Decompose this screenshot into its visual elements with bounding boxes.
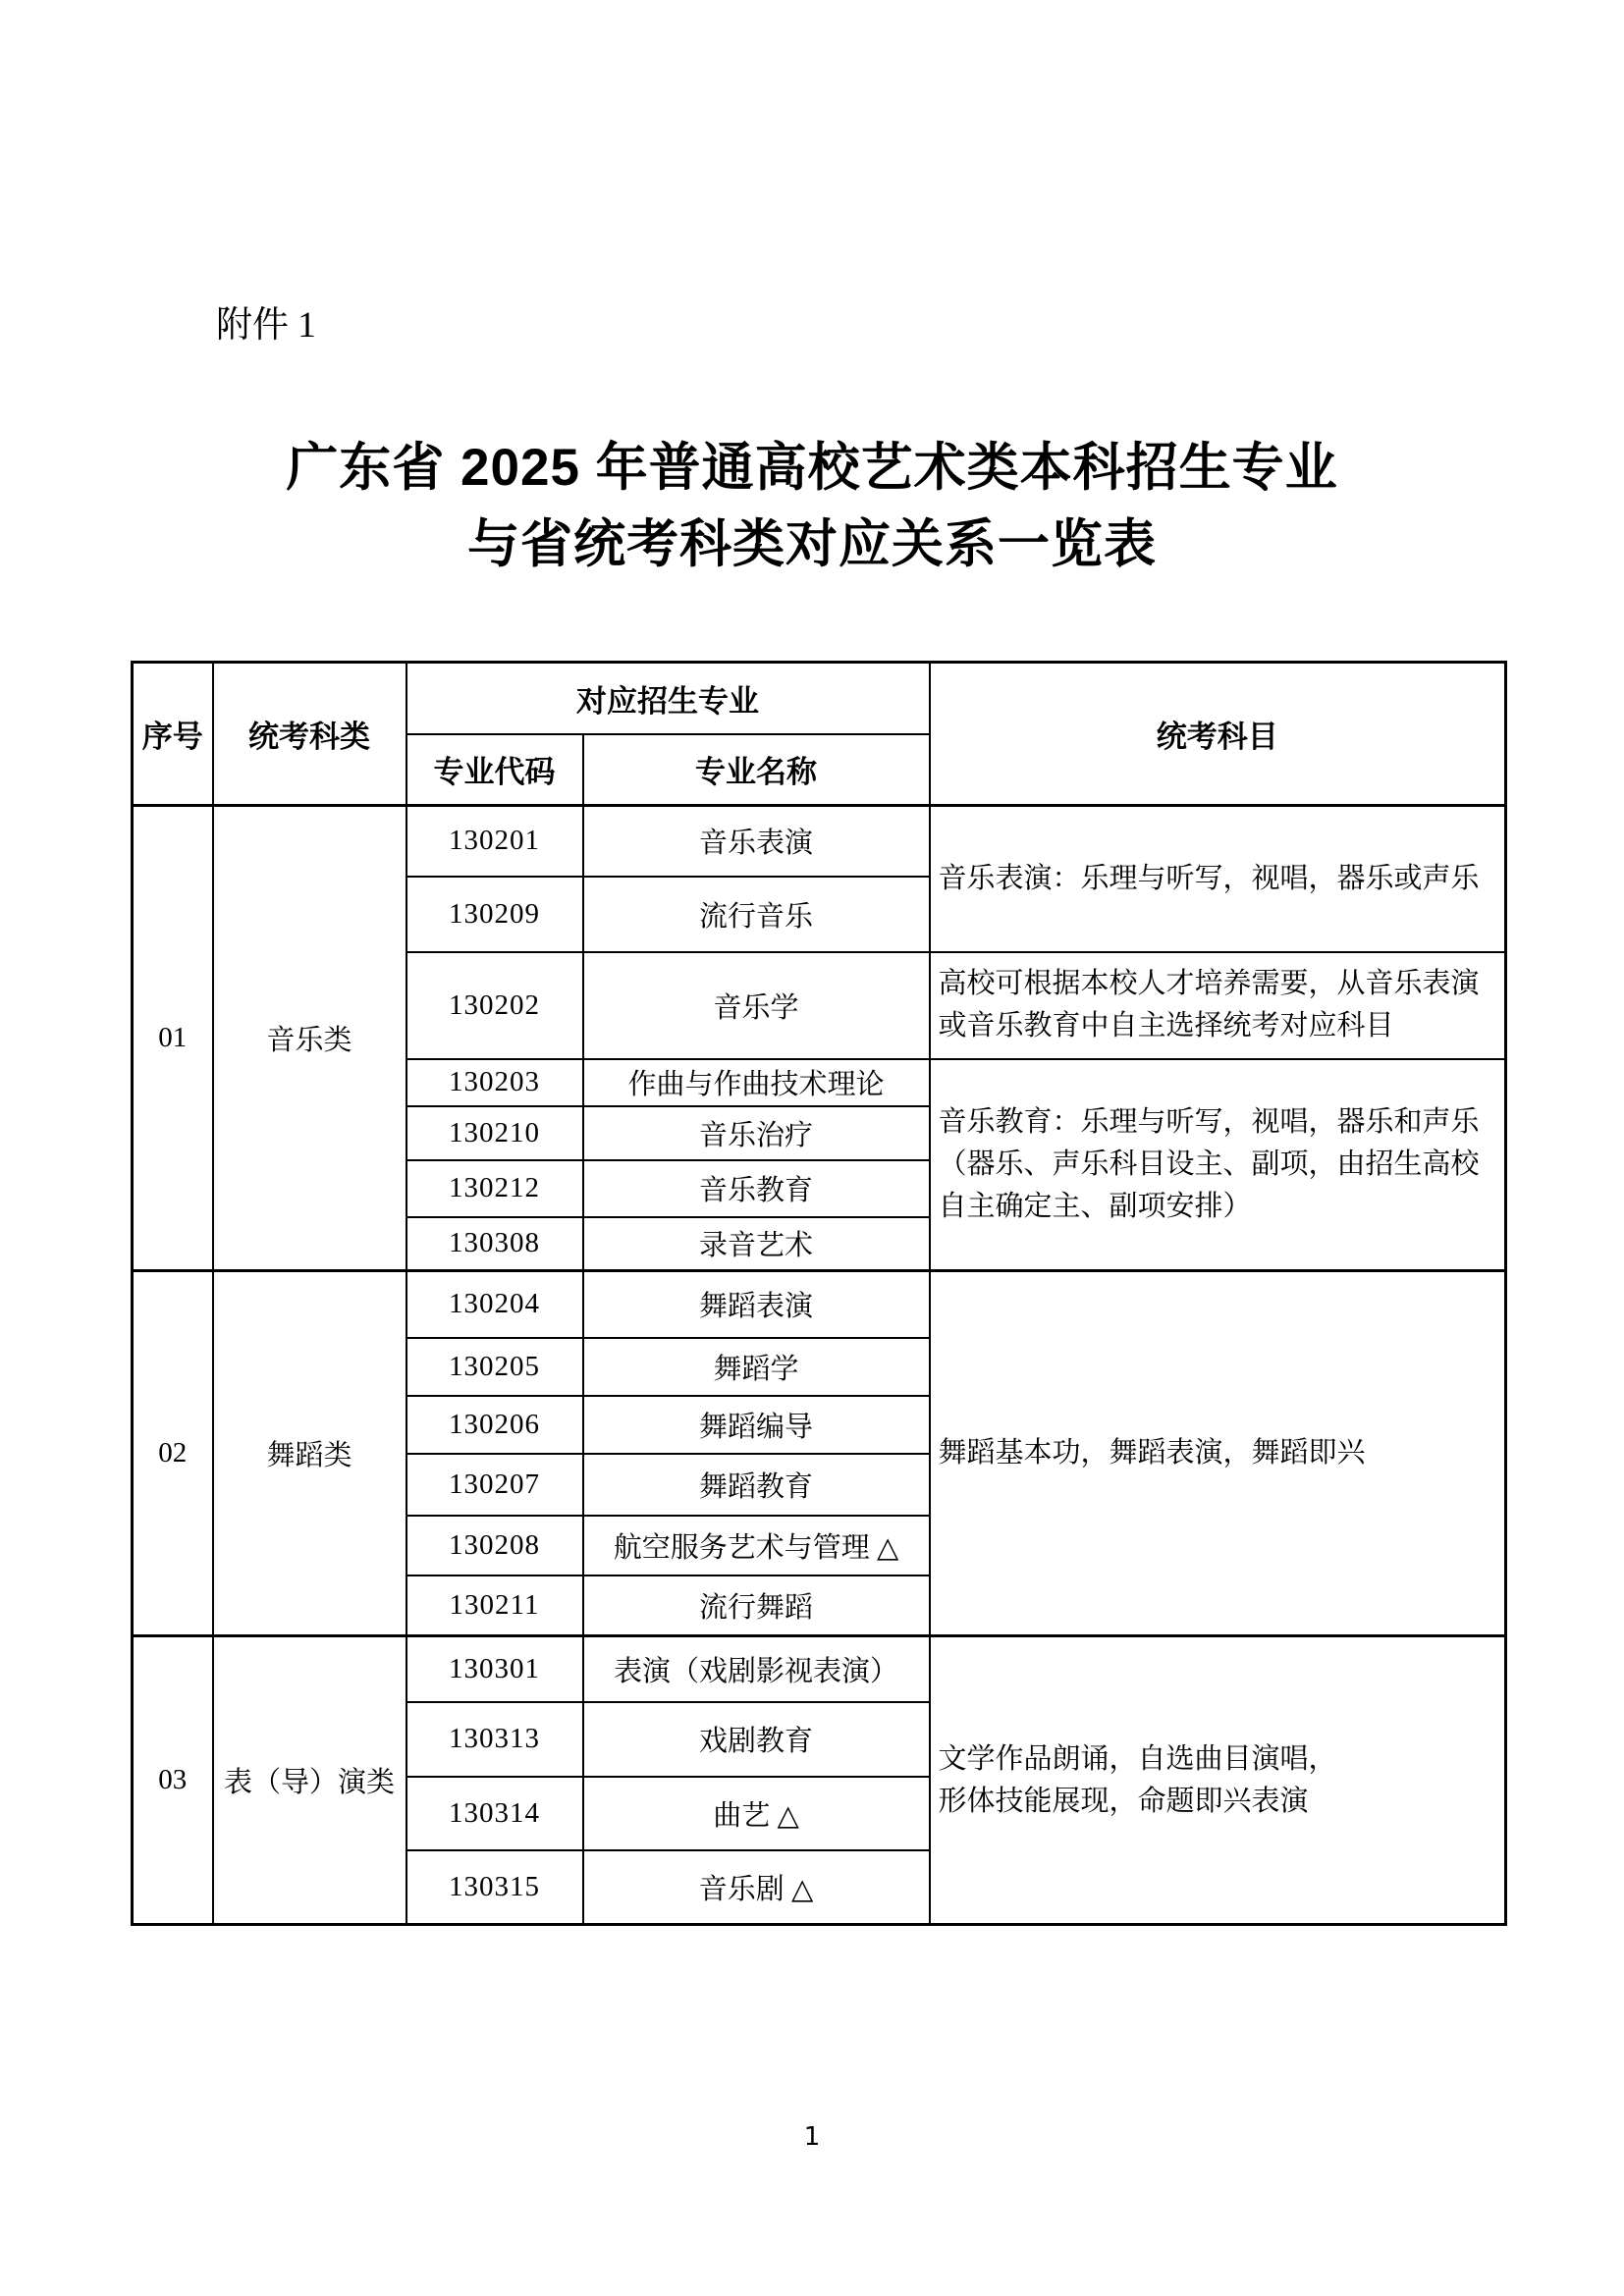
document-page: 附件 1 广东省 2025 年普通高校艺术类本科招生专业 与省统考科类对应关系一… [0, 0, 1624, 2296]
major-code-cell: 130209 [406, 877, 583, 952]
major-code-cell: 130313 [406, 1702, 583, 1777]
major-code-cell: 130212 [406, 1160, 583, 1217]
major-name-cell: 曲艺 △ [583, 1777, 930, 1850]
majors-table: 序号 统考科类 对应招生专业 统考科目 专业代码 专业名称 01 音乐类 130… [131, 661, 1507, 1926]
major-name-cell: 舞蹈编导 [583, 1396, 930, 1454]
header-major-name: 专业名称 [583, 734, 930, 806]
major-name-cell: 音乐剧 △ [583, 1850, 930, 1925]
category-cell: 音乐类 [213, 806, 406, 1271]
seq-cell: 02 [133, 1271, 213, 1636]
title-line-2: 与省统考科类对应关系一览表 [0, 507, 1624, 583]
major-code-cell: 130201 [406, 806, 583, 877]
major-name-cell: 表演（戏剧影视表演） [583, 1636, 930, 1702]
header-major-code: 专业代码 [406, 734, 583, 806]
major-name-cell: 航空服务艺术与管理 △ [583, 1516, 930, 1575]
document-title: 广东省 2025 年普通高校艺术类本科招生专业 与省统考科类对应关系一览表 [0, 430, 1624, 583]
header-category: 统考科类 [213, 663, 406, 806]
subject-cell: 文学作品朗诵，自选曲目演唱， 形体技能展现，命题即兴表演 [930, 1636, 1506, 1925]
category-cell: 表（导）演类 [213, 1636, 406, 1925]
major-code-cell: 130301 [406, 1636, 583, 1702]
header-majors-group: 对应招生专业 [406, 663, 930, 734]
major-code-cell: 130207 [406, 1454, 583, 1516]
major-name-cell: 作曲与作曲技术理论 [583, 1059, 930, 1106]
major-name-cell: 流行音乐 [583, 877, 930, 952]
major-code-cell: 130205 [406, 1338, 583, 1396]
major-name-cell: 音乐教育 [583, 1160, 930, 1217]
major-code-cell: 130202 [406, 952, 583, 1059]
major-name-cell: 流行舞蹈 [583, 1575, 930, 1636]
major-code-cell: 130314 [406, 1777, 583, 1850]
major-code-cell: 130206 [406, 1396, 583, 1454]
title-line-1: 广东省 2025 年普通高校艺术类本科招生专业 [0, 430, 1624, 507]
major-name-cell: 音乐治疗 [583, 1106, 930, 1160]
major-code-cell: 130315 [406, 1850, 583, 1925]
major-name-cell: 音乐学 [583, 952, 930, 1059]
major-code-cell: 130308 [406, 1217, 583, 1271]
major-name-cell: 音乐表演 [583, 806, 930, 877]
major-code-cell: 130211 [406, 1575, 583, 1636]
major-code-cell: 130204 [406, 1271, 583, 1338]
major-code-cell: 130210 [406, 1106, 583, 1160]
major-name-cell: 戏剧教育 [583, 1702, 930, 1777]
seq-cell: 03 [133, 1636, 213, 1925]
subject-cell: 舞蹈基本功，舞蹈表演，舞蹈即兴 [930, 1271, 1506, 1636]
header-seq: 序号 [133, 663, 213, 806]
major-name-cell: 舞蹈学 [583, 1338, 930, 1396]
major-code-cell: 130208 [406, 1516, 583, 1575]
major-name-cell: 舞蹈表演 [583, 1271, 930, 1338]
major-code-cell: 130203 [406, 1059, 583, 1106]
attachment-label: 附件 1 [216, 304, 316, 347]
seq-cell: 01 [133, 806, 213, 1271]
subject-cell: 音乐教育：乐理与听写，视唱，器乐和声乐 （器乐、声乐科目设主、副项，由招生高校 … [930, 1059, 1506, 1271]
category-cell: 舞蹈类 [213, 1271, 406, 1636]
page-number: 1 [0, 2122, 1624, 2152]
subject-cell: 音乐表演：乐理与听写，视唱，器乐或声乐 [930, 806, 1506, 952]
header-subjects: 统考科目 [930, 663, 1506, 806]
major-name-cell: 舞蹈教育 [583, 1454, 930, 1516]
subject-cell: 高校可根据本校人才培养需要，从音乐表演 或音乐教育中自主选择统考对应科目 [930, 952, 1506, 1059]
major-name-cell: 录音艺术 [583, 1217, 930, 1271]
